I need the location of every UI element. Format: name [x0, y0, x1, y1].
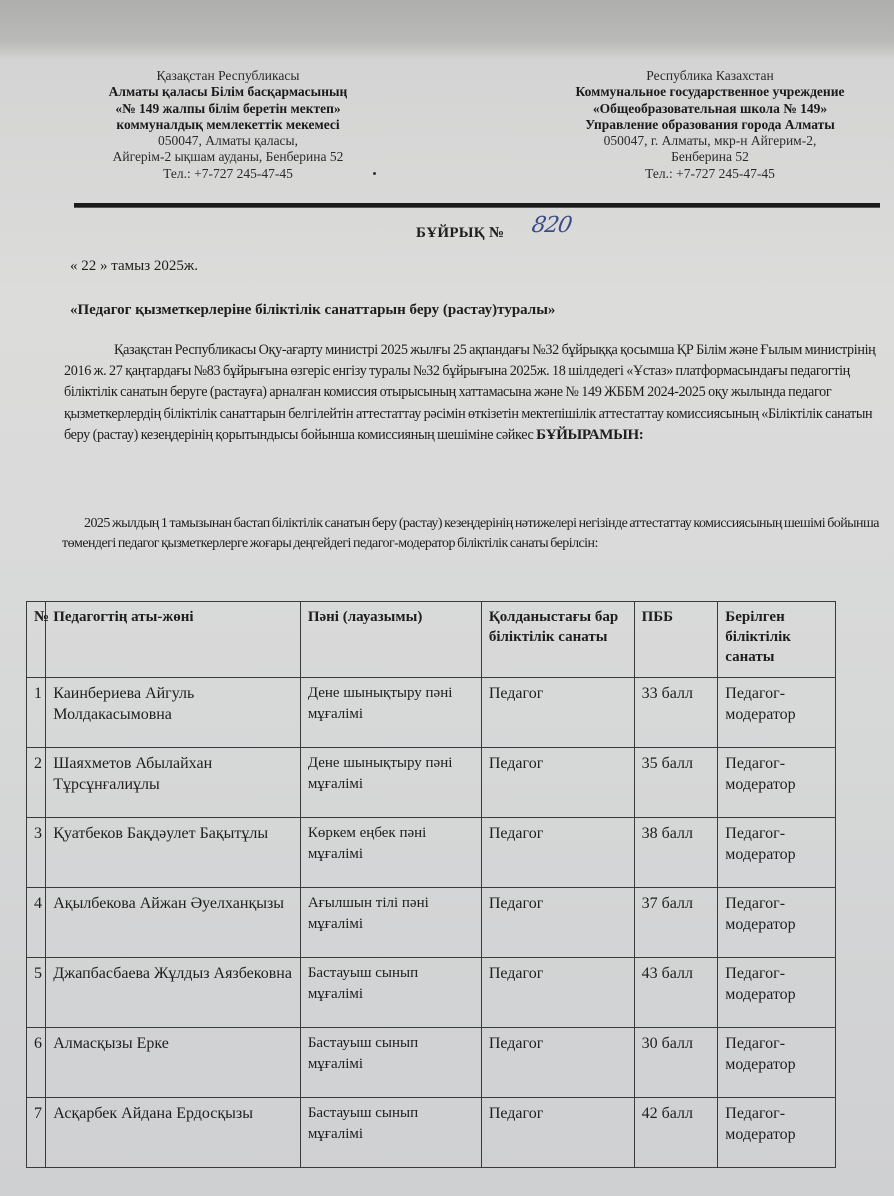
letterhead-line: Тел.: +7-727 245-47-45: [78, 166, 378, 182]
cell-assigned-category: Педагог-модератор: [718, 888, 836, 958]
letterhead-kazakh: Қазақстан Республикасы Алматы қаласы Біл…: [78, 68, 378, 182]
cell-current-category: Педагог: [481, 888, 634, 958]
cell-name: Ақылбекова Айжан Әуелханқызы: [46, 888, 301, 958]
decision-paragraph: 2025 жылдың 1 тамызынан бастап біліктілі…: [62, 514, 892, 554]
letterhead-line: Айгерім-2 ықшам ауданы, Бенберина 52: [78, 149, 378, 165]
header-pbb: ПББ: [634, 602, 718, 678]
letterhead-line: Қазақстан Республикасы: [78, 68, 378, 84]
order-directive: БҰЙЫРАМЫН:: [536, 427, 643, 443]
table-row: 6Алмасқызы ЕркеБастауыш сынып мұғаліміПе…: [27, 1028, 836, 1098]
letterhead-line: 050047, Алматы қаласы,: [78, 133, 378, 149]
cell-pbb: 30 балл: [634, 1028, 718, 1098]
header-assigned-category: Берілген біліктілік санаты: [718, 602, 836, 678]
cell-pbb: 42 балл: [634, 1098, 718, 1168]
teachers-table: № Педагогтің аты-жөні Пәні (лауазымы) Қо…: [26, 601, 836, 1168]
cell-assigned-category: Педагог-модератор: [718, 958, 836, 1028]
cell-pbb: 37 балл: [634, 888, 718, 958]
letterhead-russian: Республика Казахстан Коммунальное госуда…: [540, 68, 880, 182]
order-subject: «Педагог қызметкерлеріне біліктілік сана…: [70, 302, 555, 319]
letterhead-line: Республика Казахстан: [540, 68, 880, 84]
table-row: 1Каинбериева Айгуль МолдакасымовнаДене ш…: [27, 678, 836, 748]
letterhead-line: Алматы қаласы Білім басқармасының: [78, 84, 378, 100]
cell-subject: Дене шынықтыру пәні мұғалімі: [300, 748, 481, 818]
cell-subject: Бастауыш сынып мұғалімі: [300, 958, 481, 1028]
letterhead-line: Коммунальное государственное учреждение: [540, 84, 880, 100]
cell-name: Қуатбеков Бақдәулет Бақытұлы: [46, 818, 301, 888]
cell-name: Асқарбек Айдана Ердосқызы: [46, 1098, 301, 1168]
decision-text: 2025 жылдың 1 тамызынан бастап біліктілі…: [62, 516, 879, 551]
cell-assigned-category: Педагог-модератор: [718, 1028, 836, 1098]
letterhead-line: Управление образования города Алматы: [540, 117, 880, 133]
cell-subject: Дене шынықтыру пәні мұғалімі: [300, 678, 481, 748]
cell-current-category: Педагог: [481, 678, 634, 748]
cell-assigned-category: Педагог-модератор: [718, 818, 836, 888]
cell-current-category: Педагог: [481, 1028, 634, 1098]
cell-current-category: Педагог: [481, 748, 634, 818]
preamble-text: Қазақстан Республикасы Оқу-ағарту минист…: [64, 342, 875, 443]
letterhead-line: 050047, г. Алматы, мкр-н Айгерим-2,: [540, 133, 880, 149]
order-date: « 22 » тамыз 2025ж.: [70, 258, 198, 275]
table-row: 3Қуатбеков Бақдәулет БақытұлыКөркем еңбе…: [27, 818, 836, 888]
letterhead-divider: [74, 203, 880, 208]
cell-subject: Бастауыш сынып мұғалімі: [300, 1098, 481, 1168]
cell-current-category: Педагог: [481, 1098, 634, 1168]
cell-name: Шаяхметов Абылайхан Тұрсұнғалиұлы: [46, 748, 301, 818]
cell-no: 3: [27, 818, 46, 888]
cell-current-category: Педагог: [481, 958, 634, 1028]
cell-subject: Көркем еңбек пәні мұғалімі: [300, 818, 481, 888]
cell-subject: Бастауыш сынып мұғалімі: [300, 1028, 481, 1098]
document-page: Қазақстан Республикасы Алматы қаласы Біл…: [0, 0, 894, 1196]
cell-assigned-category: Педагог-модератор: [718, 748, 836, 818]
table-row: 2Шаяхметов Абылайхан ТұрсұнғалиұлыДене ш…: [27, 748, 836, 818]
cell-no: 4: [27, 888, 46, 958]
cell-name: Джапбасбаева Жұлдыз Аязбековна: [46, 958, 301, 1028]
header-no: №: [27, 602, 46, 678]
ink-dot: [373, 172, 376, 175]
table-row: 4Ақылбекова Айжан ӘуелханқызыАғылшын тіл…: [27, 888, 836, 958]
letterhead-line: «Общеобразовательная школа № 149»: [540, 101, 880, 117]
cell-no: 2: [27, 748, 46, 818]
table-row: 5Джапбасбаева Жұлдыз АязбековнаБастауыш …: [27, 958, 836, 1028]
cell-pbb: 38 балл: [634, 818, 718, 888]
order-number-handwritten: 820: [530, 213, 573, 238]
header-name: Педагогтің аты-жөні: [46, 602, 301, 678]
header-subject: Пәні (лауазымы): [300, 602, 481, 678]
letterhead-line: Тел.: +7-727 245-47-45: [540, 166, 880, 182]
cell-current-category: Педагог: [481, 818, 634, 888]
header-current-category: Қолданыстағы бар біліктілік санаты: [481, 602, 634, 678]
cell-pbb: 33 балл: [634, 678, 718, 748]
cell-pbb: 43 балл: [634, 958, 718, 1028]
order-title: БҰЙРЫҚ №: [416, 225, 504, 242]
table-header-row: № Педагогтің аты-жөні Пәні (лауазымы) Қо…: [27, 602, 836, 678]
cell-no: 7: [27, 1098, 46, 1168]
cell-name: Каинбериева Айгуль Молдакасымовна: [46, 678, 301, 748]
letterhead-line: коммуналдық мемлекеттік мекемесі: [78, 117, 378, 133]
table-row: 7Асқарбек Айдана ЕрдосқызыБастауыш сынып…: [27, 1098, 836, 1168]
cell-no: 1: [27, 678, 46, 748]
letterhead-line: Бенберина 52: [540, 149, 880, 165]
cell-pbb: 35 балл: [634, 748, 718, 818]
cell-assigned-category: Педагог-модератор: [718, 1098, 836, 1168]
preamble-paragraph: Қазақстан Республикасы Оқу-ағарту минист…: [64, 340, 884, 446]
letterhead-line: «№ 149 жалпы білім беретін мектеп»: [78, 101, 378, 117]
cell-no: 5: [27, 958, 46, 1028]
cell-assigned-category: Педагог-модератор: [718, 678, 836, 748]
cell-name: Алмасқызы Ерке: [46, 1028, 301, 1098]
cell-subject: Ағылшын тілі пәні мұғалімі: [300, 888, 481, 958]
cell-no: 6: [27, 1028, 46, 1098]
